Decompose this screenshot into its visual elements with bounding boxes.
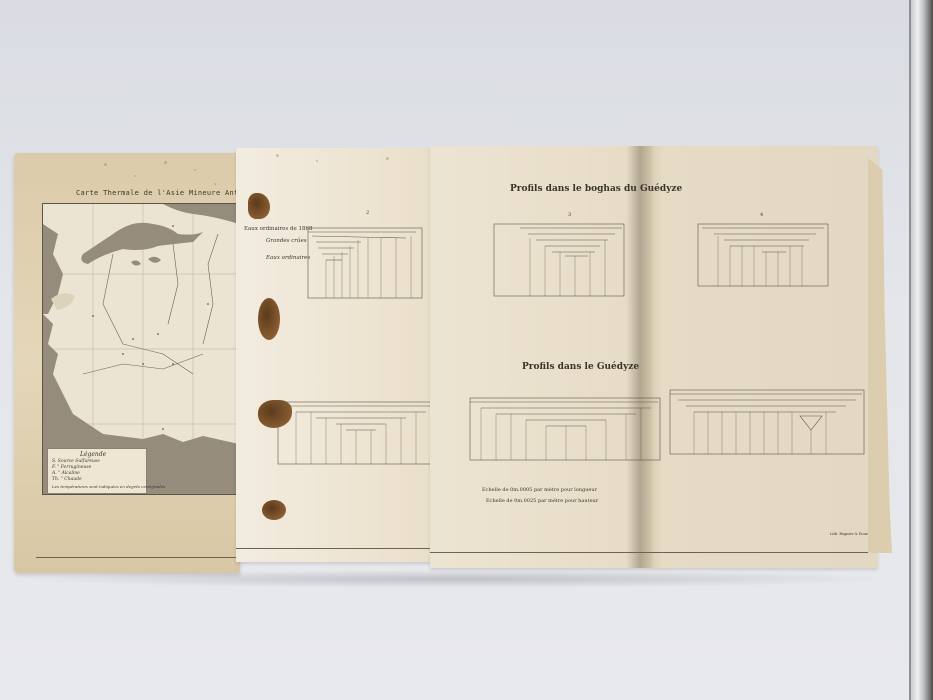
legend-row: Th. " Chaude: [52, 477, 82, 482]
worm-hole: [258, 298, 280, 340]
far-right-flap: [868, 158, 892, 553]
right-sheet: Profils dans le boghas du Guédyze Profil…: [430, 146, 878, 568]
profile-diagram: [466, 394, 666, 466]
profile-diagram: [490, 220, 630, 300]
border-line: [36, 557, 236, 558]
ruler-edge: [909, 0, 911, 700]
scale-length: Echelle de 0m.0005 par mètre pour longue…: [482, 487, 597, 493]
legend-row: F. " Ferrugineuse: [52, 465, 91, 470]
legend-row: A. " Alcaline: [52, 471, 80, 476]
worm-hole: [248, 193, 270, 219]
legend-title: Légende: [80, 451, 106, 458]
profile-number: 2: [366, 210, 369, 216]
worm-hole: [262, 500, 286, 520]
legend-note: Les températures sont indiquées en degré…: [52, 484, 165, 489]
map-legend: Légende S. Source Sulfureuse F. " Ferrug…: [47, 448, 147, 494]
profile-number: 3: [568, 212, 571, 218]
border-line: [430, 552, 878, 553]
center-sheet: Eaux ordinaires de 1868 Grandes crûes Ea…: [236, 148, 436, 562]
left-sheet-map: Carte Thermale de l'Asie Mineure Antérie…: [14, 153, 240, 573]
title-profiles-guedyze: Profils dans le Guédyze: [522, 362, 639, 372]
profile-diagram: [694, 218, 834, 293]
profile-diagram: [276, 396, 446, 471]
legend-row: S. Source Sulfureuse: [52, 459, 100, 464]
profile-diagram: [306, 226, 426, 301]
label-ordinary-water: Eaux ordinaires: [266, 255, 310, 261]
label-ordinary-1868: Eaux ordinaires de 1868: [244, 226, 312, 232]
scale-height: Echelle de 0m.0025 par mètre pour hauteu…: [486, 498, 598, 504]
profile-diagram: [666, 386, 866, 458]
fold-crease: [626, 146, 654, 568]
ruler: [911, 0, 933, 700]
label-great-floods: Grandes crûes: [266, 238, 307, 244]
thermal-map: Légende S. Source Sulfureuse F. " Ferrug…: [42, 203, 240, 495]
border-line: [236, 548, 436, 549]
title-profiles-boghas: Profils dans le boghas du Guédyze: [510, 184, 682, 194]
